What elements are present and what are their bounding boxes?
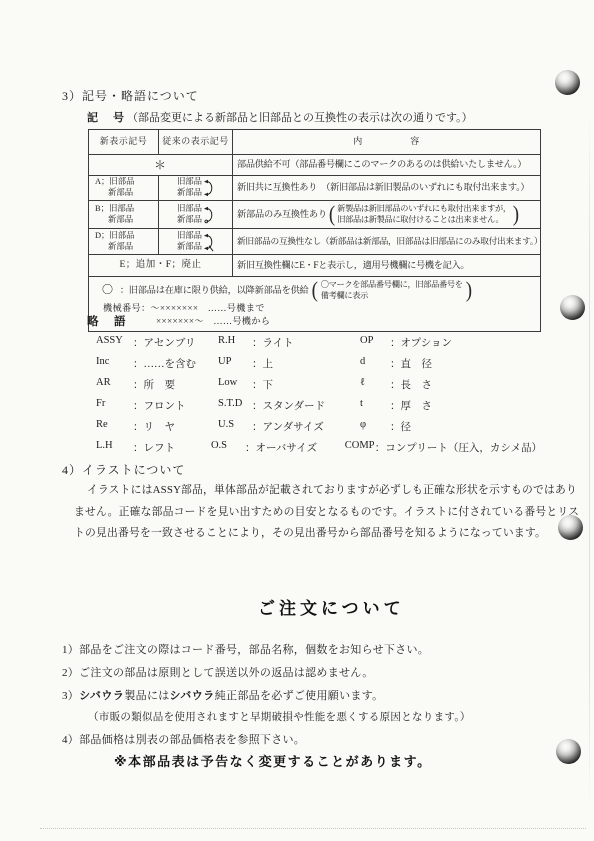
- scan-edge-line: [40, 828, 586, 829]
- circle-mark: 〇: [102, 284, 113, 298]
- ryakugo-heading: 略 語: [87, 313, 128, 329]
- circle-note-line: 〇 ：旧部品は在庫に限り供給，以降新部品を供給 ( 〇マークを部品番号欄に，旧部…: [95, 280, 534, 301]
- machine-number-line-2: ×××××××～ ……号機から: [95, 316, 534, 328]
- row-b-code: B；旧部品 新部品: [93, 204, 154, 226]
- kigo-subheading: 記 号（部品変更による新部品と旧部品との互換性の表示は次の通りです。）: [87, 109, 473, 125]
- row-d-desc: 新旧部品の互換性なし（新部品は新部品，旧部品は旧部品にのみ取付出来ます。）: [233, 229, 541, 255]
- row-d-old-symbol: 旧部品 新部品: [163, 231, 228, 253]
- row-a-desc: 新旧共に互換性あり （新旧部品は新旧製品のいずれにも取付出来ます。）: [233, 176, 541, 201]
- order-item-3-note: （市販の類似品を使用されますと早期破損や性能を悪くする原因となります。）: [88, 709, 471, 724]
- order-section-heading: ご注文について: [258, 594, 405, 619]
- row-b-desc: 新部品のみ互換性あり ( 新製品は新旧部品のいずれにも取付出来ますが， 旧部品は…: [237, 204, 536, 225]
- order-item-1: 1）部品をご注文の際はコード番号，部品名称，個数をお知らせ下さい。: [62, 641, 429, 657]
- abbreviation-row: L.H：レフト O.S：オーバサイズ COMP：コンプリート（圧入，カシメ品）: [96, 440, 542, 461]
- header-new-symbol: 新表示記号: [89, 130, 159, 155]
- kigo-note: （部品変更による新部品と旧部品との互換性の表示は次の通りです。）: [127, 112, 473, 124]
- order-item-4: 4）部品価格は別表の部品価格表を参照下さい。: [62, 731, 305, 747]
- order-item-2: 2）ご注文の部品は原則として誤送以外の返品は認めません。: [62, 664, 374, 680]
- scan-hole-artifact: [560, 295, 585, 320]
- interchange-both-ways-arrow-icon: [203, 177, 214, 199]
- table-row-b: B；旧部品 新部品 旧部品 新部品: [89, 201, 541, 229]
- order-item-3: 3）シバウラ製品にはシバウラ純正部品を必ずご使用願います。: [62, 687, 383, 703]
- row-e-desc: 新旧互換性欄にE・Fと表示し，適用号機欄に号機を記入。: [233, 255, 541, 277]
- row-e-code: E；追加・F；廃止: [89, 255, 233, 277]
- row-d-code: D；旧部品 新部品: [93, 231, 154, 253]
- header-old-symbol: 従来の表示記号: [159, 130, 233, 155]
- abbreviation-row: Re：リ ヤ U.S：アンダサイズ φ：径: [96, 419, 542, 440]
- table-row-a: A；旧部品 新部品 旧部品 新部品 新旧共に互換性あり （: [89, 176, 541, 201]
- symbol-table-header-row: 新表示記号 従来の表示記号 内 容: [89, 130, 541, 155]
- star-symbol: ＊: [89, 155, 233, 176]
- scan-hole-artifact: [555, 70, 580, 95]
- abbreviation-row: Fr：フロント S.T.D：スタンダード t：厚 さ: [96, 398, 542, 419]
- no-interchange-arrow-icon: [203, 231, 214, 253]
- interchange-one-way-arrow-icon: [203, 204, 214, 226]
- kigo-label: 記 号: [87, 112, 126, 124]
- page-edge-shadow: [589, 110, 590, 811]
- scan-hole-artifact: [558, 515, 583, 540]
- row-a-code: A；旧部品 新部品: [93, 177, 154, 199]
- section-3-heading: 3）記号・略語について: [62, 87, 199, 104]
- open-paren: (: [312, 280, 318, 302]
- section-4-paragraph: イラストにはASSY部品，単体部品が記載されておりますが必ずしも正確な形状を示す…: [74, 480, 544, 545]
- abbreviation-row: Inc：……を含む UP：上 d：直 径: [96, 356, 542, 377]
- header-content: 内 容: [233, 130, 541, 155]
- table-row-note: 〇 ：旧部品は在庫に限り供給，以降新部品を供給 ( 〇マークを部品番号欄に，旧部…: [89, 277, 541, 332]
- row-a-old-symbol: 旧部品 新部品: [163, 177, 228, 199]
- abbreviation-list: ASSY：アセンブリ R.H：ライト OP：オプション Inc：……を含む UP…: [96, 335, 542, 461]
- machine-number-line-1: 機械番号：～××××××× ……号機まで: [95, 303, 534, 315]
- table-row-star: ＊ 部品供給不可（部品番号欄にこのマークのあるのは供給いたしません。）: [89, 155, 541, 176]
- scanned-document-page: 3）記号・略語について 記 号（部品変更による新部品と旧部品との互換性の表示は次…: [0, 0, 594, 841]
- shibaura-brand-logo: シバウラ: [170, 690, 215, 702]
- abbreviation-row: ASSY：アセンブリ R.H：ライト OP：オプション: [96, 335, 542, 356]
- section-4-heading: 4）イラストについて: [62, 461, 185, 478]
- change-notice: ※本部品表は予告なく変更することがあります。: [114, 751, 432, 770]
- table-row-e: E；追加・F；廃止 新旧互換性欄にE・Fと表示し，適用号機欄に号機を記入。: [89, 255, 541, 277]
- abbreviation-row: AR：所 要 Low：下 ℓ：長 さ: [96, 377, 542, 398]
- row-b-old-symbol: 旧部品 新部品: [163, 204, 228, 226]
- open-paren: (: [329, 204, 335, 226]
- close-paren: ): [466, 280, 472, 302]
- symbol-table: 新表示記号 従来の表示記号 内 容 ＊ 部品供給不可（部品番号欄にこのマークのあ…: [88, 129, 541, 332]
- star-desc: 部品供給不可（部品番号欄にこのマークのあるのは供給いたしません。）: [233, 155, 541, 176]
- scan-hole-artifact: [556, 739, 581, 764]
- table-row-d: D；旧部品 新部品 旧部品 新部品: [89, 229, 541, 255]
- close-paren: ): [513, 204, 519, 226]
- shibaura-brand-logo: シバウラ: [79, 690, 124, 702]
